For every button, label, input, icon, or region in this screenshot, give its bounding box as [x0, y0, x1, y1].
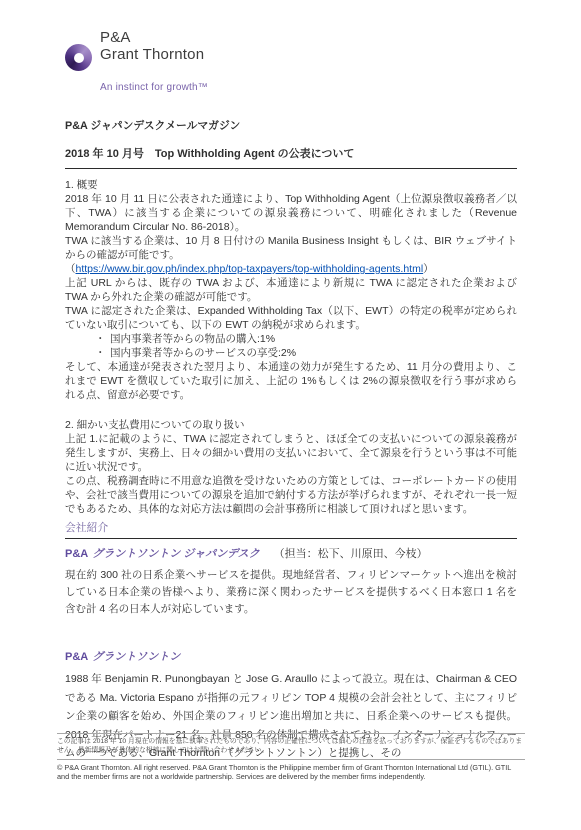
page-footer: この記事は 2018 年 10 月現在の情報を基に執筆されたものであり、内容の正… [57, 733, 525, 781]
paragraph: 上記 1.に記載のように、TWA に認定されてしまうと、ほぼ全ての支払いについて… [65, 432, 517, 474]
japandesk-staff: （担当：松下、川原田、今枝） [274, 548, 428, 560]
link-open-paren: （ [65, 263, 76, 275]
paragraph: 2018 年 10 月 11 日に公表された通達により、Top Withhold… [65, 192, 517, 234]
japandesk-description: 現在約 300 社の日系企業へサービスを提供。現地経営者、フィリピンマーケットへ… [65, 567, 517, 618]
japandesk-name: グラントソントン ジャパンデスク [92, 548, 259, 560]
bullet-text: 国内事業者等からの物品の購入:1% [110, 332, 275, 346]
bullet-text: 国内事業者等からのサービスの享受:2% [110, 346, 296, 360]
paragraph: そして、本通達が発表された翌月より、本通達の効力が発生するため、11 月分の費用… [65, 360, 517, 402]
list-item: ・ 国内事業者等からの物品の購入:1% [65, 332, 517, 346]
page-content: P&A Grant Thornton An instinct for growt… [0, 0, 581, 763]
japandesk-brand-prefix: P&A [65, 548, 88, 560]
magazine-title: P&A ジャパンデスクメールマガジン [65, 118, 517, 133]
logo-tagline: An instinct for growth™ [100, 82, 517, 93]
logo-brand-bottom: Grant Thornton [100, 46, 204, 63]
company-intro-heading: 会社紹介 [65, 520, 517, 539]
grant-thornton-gyre-icon [65, 44, 92, 71]
bir-twa-link[interactable]: https://www.bir.gov.ph/index.php/top-tax… [76, 263, 424, 275]
paragraph: TWA に該当する企業は、10 月 8 日付けの Manila Business… [65, 234, 517, 262]
bullet-icon: ・ [95, 332, 110, 346]
footer-disclaimer-ja: この記事は 2018 年 10 月現在の情報を基に執筆されたものであり、内容の正… [57, 737, 525, 755]
section-2-heading: 2. 細かい支払費用についての取り扱い [65, 418, 517, 432]
firm-name: グラントソントン [92, 651, 180, 663]
document-page: P&A Grant Thornton An instinct for growt… [0, 0, 581, 830]
footer-divider-bottom [57, 759, 525, 760]
footer-copyright: © P&A Grant Thornton. All right reserved… [57, 763, 525, 781]
paragraph: 上記 URL からは、既存の TWA および、本通達により新規に TWA に認定… [65, 276, 517, 304]
link-close-paren: ） [423, 263, 434, 275]
firm-heading: P&Aグラントソントン [65, 648, 517, 664]
logo-brand-top: P&A [100, 29, 204, 46]
firm-brand-prefix: P&A [65, 651, 88, 663]
list-item: ・ 国内事業者等からのサービスの享受:2% [65, 346, 517, 360]
paragraph: この点、税務調査時に不用意な追徴を受けないための方策としては、コーポレートカード… [65, 474, 517, 516]
company-logo: P&A Grant Thornton [65, 29, 517, 71]
japandesk-heading: P&Aグラントソントン ジャパンデスク（担当：松下、川原田、今枝） [65, 545, 517, 561]
link-line: （https://www.bir.gov.ph/index.php/top-ta… [65, 262, 517, 276]
paragraph: TWA に認定された企業は、Expanded Withholding Tax（以… [65, 304, 517, 332]
footer-divider-top [57, 733, 525, 734]
section-1-heading: 1. 概要 [65, 178, 517, 192]
bullet-icon: ・ [95, 346, 110, 360]
logo-brand-text: P&A Grant Thornton [100, 29, 204, 63]
issue-title: 2018 年 10 月号 Top Withholding Agent の公表につ… [65, 145, 517, 169]
